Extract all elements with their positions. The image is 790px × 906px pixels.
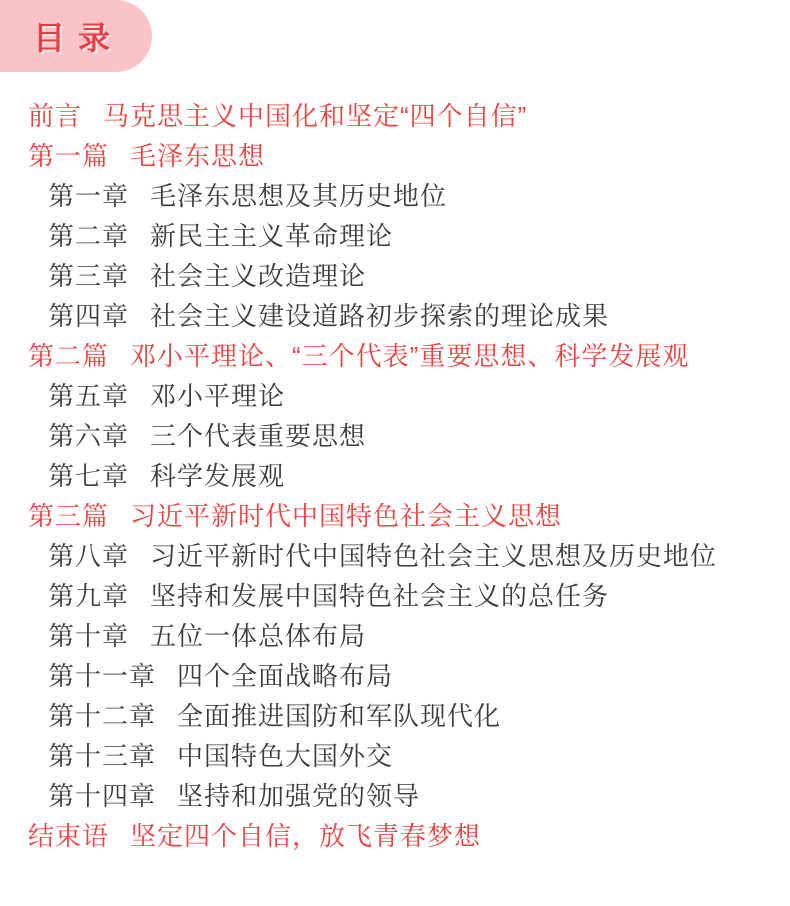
- toc-item-label: 第十四章: [48, 776, 156, 816]
- toc-item-title: 坚持和发展中国特色社会主义的总任务: [150, 576, 609, 616]
- toc-item-label: 第一篇: [28, 136, 109, 176]
- toc-item-title: 坚持和加强党的领导: [177, 776, 420, 816]
- toc-item-chapter: 第一章毛泽东思想及其历史地位: [28, 176, 774, 216]
- toc-item-label: 第十二章: [48, 696, 156, 736]
- toc-item-section: 前言马克思主义中国化和坚定“四个自信”: [28, 96, 774, 136]
- toc-item-chapter: 第二章新民主主义革命理论: [28, 216, 774, 256]
- toc-item-chapter: 第六章三个代表重要思想: [28, 416, 774, 456]
- toc-item-title: 习近平新时代中国特色社会主义思想及历史地位: [150, 536, 717, 576]
- toc-item-title: 毛泽东思想及其历史地位: [150, 176, 447, 216]
- toc-item-section: 第三篇习近平新时代中国特色社会主义思想: [28, 496, 774, 536]
- toc-item-title: 全面推进国防和军队现代化: [177, 696, 501, 736]
- toc-item-label: 第十一章: [48, 656, 156, 696]
- toc-item-label: 第五章: [48, 376, 129, 416]
- toc-item-chapter: 第八章习近平新时代中国特色社会主义思想及历史地位: [28, 536, 774, 576]
- toc-item-chapter: 第十三章中国特色大国外交: [28, 736, 774, 776]
- toc-item-chapter: 第十二章全面推进国防和军队现代化: [28, 696, 774, 736]
- toc-item-label: 第八章: [48, 536, 129, 576]
- toc-item-title: 马克思主义中国化和坚定“四个自信”: [103, 96, 527, 136]
- toc-item-title: 社会主义改造理论: [150, 256, 366, 296]
- toc-item-label: 第十三章: [48, 736, 156, 776]
- toc-item-chapter: 第五章邓小平理论: [28, 376, 774, 416]
- toc-item-title: 邓小平理论: [150, 376, 285, 416]
- toc-item-section: 第二篇邓小平理论、“三个代表”重要思想、科学发展观: [28, 336, 774, 376]
- toc-item-label: 第三章: [48, 256, 129, 296]
- toc-item-label: 第一章: [48, 176, 129, 216]
- toc-item-title: 新民主主义革命理论: [150, 216, 393, 256]
- toc-item-title: 习近平新时代中国特色社会主义思想: [130, 496, 562, 536]
- toc-item-label: 第二篇: [28, 336, 109, 376]
- toc-item-section: 结束语坚定四个自信，放飞青春梦想: [28, 816, 774, 856]
- toc-item-label: 结束语: [28, 816, 109, 856]
- toc-item-title: 科学发展观: [150, 456, 285, 496]
- toc-item-title: 四个全面战略布局: [177, 656, 393, 696]
- toc-item-title: 五位一体总体布局: [150, 616, 366, 656]
- toc-header-title: 目 录: [33, 13, 112, 59]
- toc-item-label: 第十章: [48, 616, 129, 656]
- toc-item-label: 第三篇: [28, 496, 109, 536]
- toc-list: 前言马克思主义中国化和坚定“四个自信”第一篇毛泽东思想第一章毛泽东思想及其历史地…: [28, 96, 774, 856]
- toc-item-title: 中国特色大国外交: [177, 736, 393, 776]
- toc-header-badge: 目 录: [0, 0, 152, 72]
- toc-item-label: 前言: [28, 96, 82, 136]
- toc-item-title: 三个代表重要思想: [150, 416, 366, 456]
- toc-item-section: 第一篇毛泽东思想: [28, 136, 774, 176]
- toc-item-label: 第二章: [48, 216, 129, 256]
- toc-item-title: 毛泽东思想: [130, 136, 265, 176]
- toc-item-chapter: 第七章科学发展观: [28, 456, 774, 496]
- toc-item-label: 第七章: [48, 456, 129, 496]
- toc-item-chapter: 第三章社会主义改造理论: [28, 256, 774, 296]
- toc-item-label: 第六章: [48, 416, 129, 456]
- toc-item-label: 第九章: [48, 576, 129, 616]
- toc-item-chapter: 第四章社会主义建设道路初步探索的理论成果: [28, 296, 774, 336]
- toc-item-chapter: 第十章五位一体总体布局: [28, 616, 774, 656]
- toc-item-chapter: 第九章坚持和发展中国特色社会主义的总任务: [28, 576, 774, 616]
- toc-item-label: 第四章: [48, 296, 129, 336]
- toc-page: 目 录 前言马克思主义中国化和坚定“四个自信”第一篇毛泽东思想第一章毛泽东思想及…: [0, 0, 790, 906]
- toc-item-chapter: 第十四章坚持和加强党的领导: [28, 776, 774, 816]
- toc-item-title: 坚定四个自信，放飞青春梦想: [130, 816, 481, 856]
- toc-item-chapter: 第十一章四个全面战略布局: [28, 656, 774, 696]
- toc-item-title: 邓小平理论、“三个代表”重要思想、科学发展观: [130, 336, 689, 376]
- toc-item-title: 社会主义建设道路初步探索的理论成果: [150, 296, 609, 336]
